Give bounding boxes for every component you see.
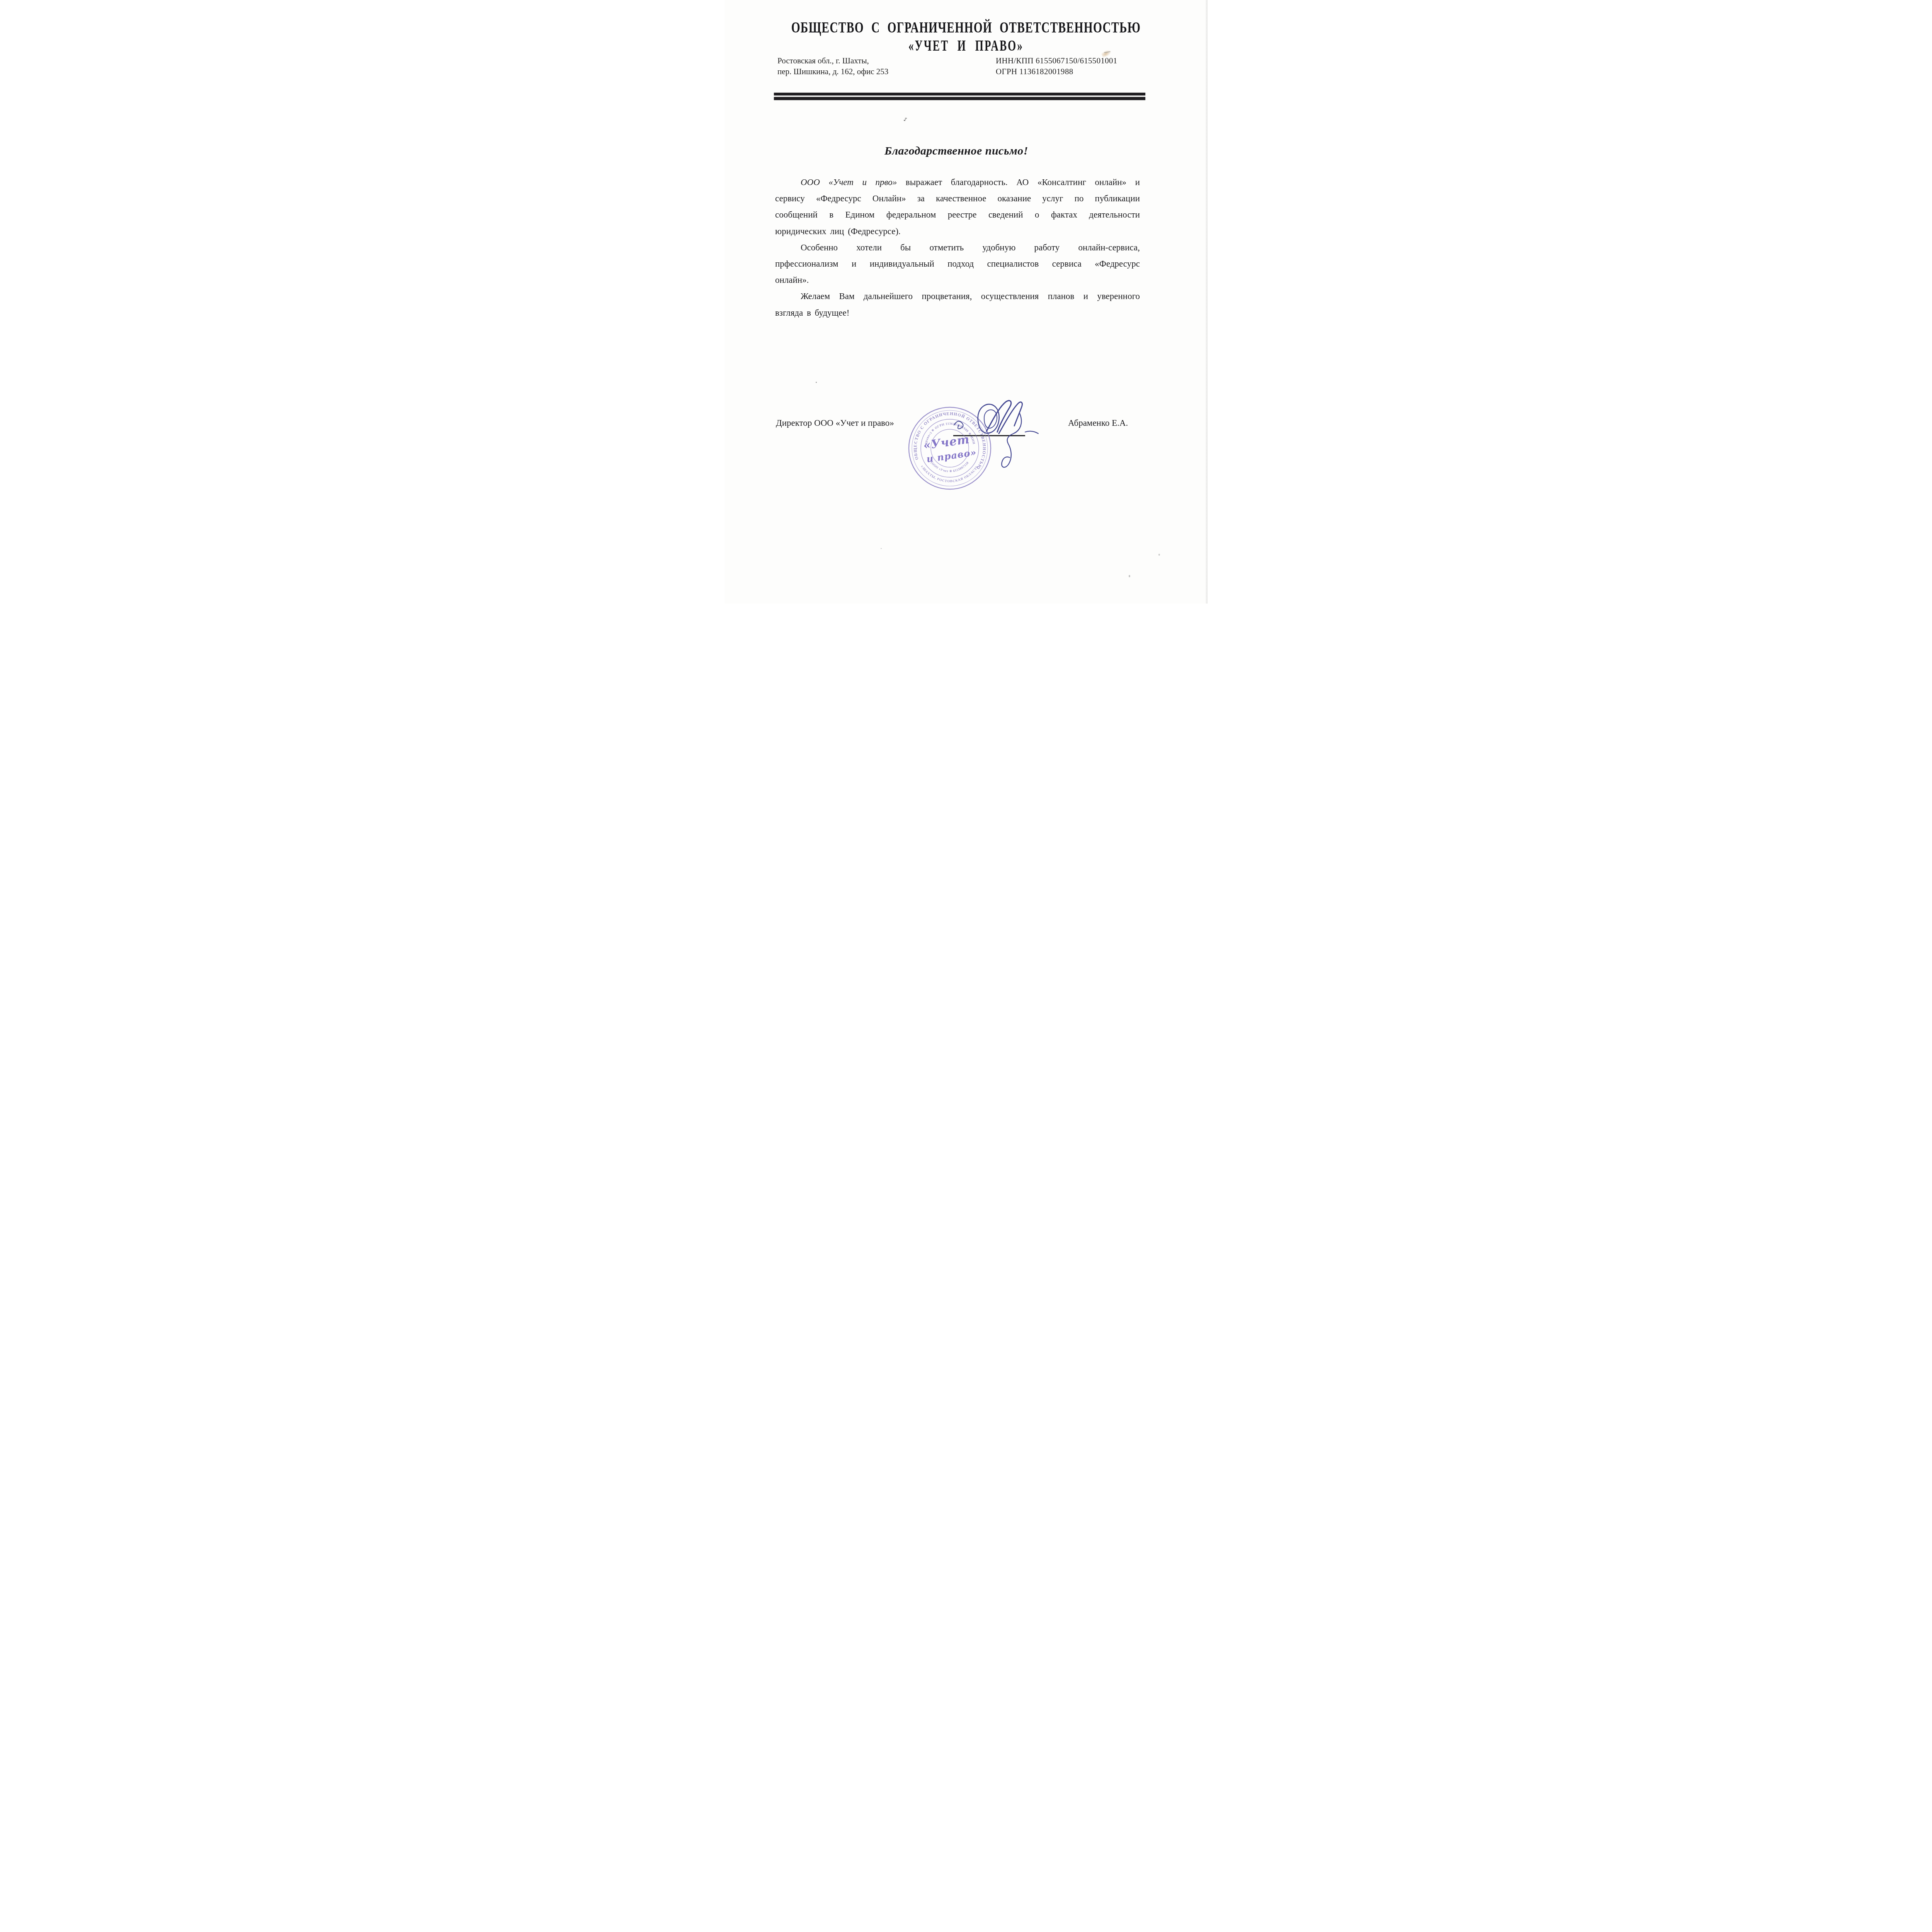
scan-speck	[1129, 575, 1130, 577]
scan-speck	[881, 548, 882, 549]
scan-speck	[816, 382, 817, 383]
body-line: прфессионализм и индивидуальный подход с…	[775, 256, 1140, 272]
scan-edge-shadow	[1205, 0, 1207, 604]
address-line2: пер. Шишкина, д. 162, офис 253	[777, 66, 888, 77]
body-line: взгляда в будущее!	[775, 305, 1140, 321]
rule-bar-bottom	[774, 97, 1145, 100]
letter-body: ООО «Учет и прво» выражает благодарность…	[775, 174, 1140, 321]
scan-speck	[1158, 554, 1160, 556]
registration-block: ИНН/КПП 6155067150/615501001 ОГРН 113618…	[996, 55, 1117, 77]
org-name-line2: «УЧЕТ И ПРАВО»	[787, 37, 1145, 54]
ogrn: ОГРН 1136182001988	[996, 66, 1117, 77]
letter-page: ОБЩЕСТВО С ОГРАНИЧЕННОЙ ОТВЕТСТВЕННОСТЬЮ…	[724, 0, 1207, 604]
letterhead-double-rule	[774, 93, 1145, 100]
body-line: сервису «Федресурс Онлайн» за качественн…	[775, 190, 1140, 207]
signatory-name: Абраменко Е.А.	[1068, 418, 1128, 428]
body-line: Желаем Вам дальнейшего процветания, осущ…	[775, 288, 1140, 304]
body-line: Особенно хотели бы отметить удобную рабо…	[775, 240, 1140, 256]
body-line: онлайн».	[775, 272, 1140, 288]
address-line1: Ростовская обл., г. Шахты,	[777, 55, 888, 66]
signature-ink	[941, 398, 1041, 487]
org-name-line1: ОБЩЕСТВО С ОГРАНИЧЕННОЙ ОТВЕТСТВЕННОСТЬЮ	[773, 19, 1159, 36]
scan-speck	[904, 118, 908, 121]
letter-title: Благодарственное письмо!	[724, 145, 1188, 158]
address-block: Ростовская обл., г. Шахты, пер. Шишкина,…	[777, 55, 888, 77]
body-line: юридических лиц (Федресурсе).	[775, 223, 1140, 240]
rule-bar-top	[774, 93, 1145, 95]
body-line: сообщений в Едином федеральном реестре с…	[775, 207, 1140, 223]
inn-kpp: ИНН/КПП 6155067150/615501001	[996, 55, 1117, 66]
director-label: Директор ООО «Учет и право»	[776, 418, 894, 428]
body-line: ООО «Учет и прво» выражает благодарность…	[775, 174, 1140, 190]
